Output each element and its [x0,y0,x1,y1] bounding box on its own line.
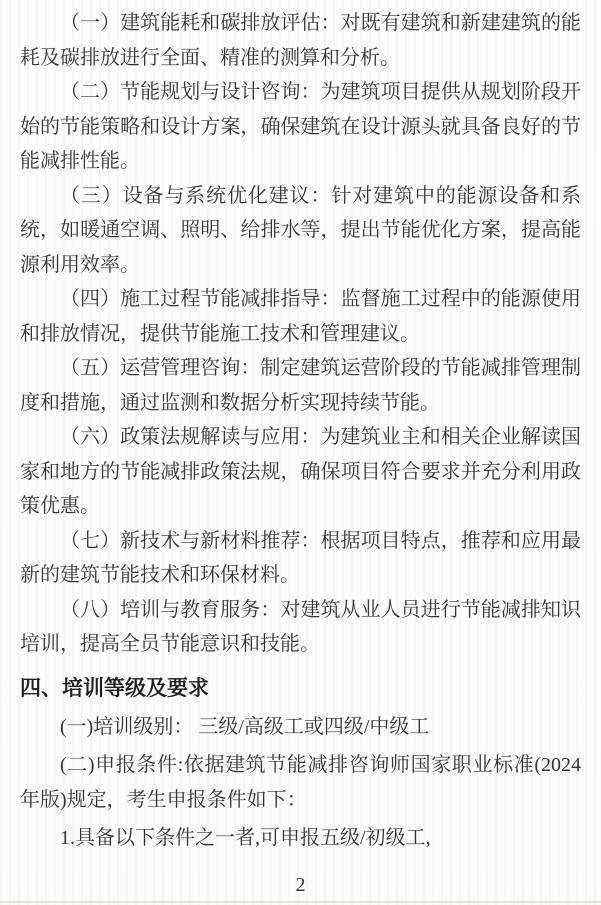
scan-bottom-edge-line [0,901,601,903]
service-item-6: （六）政策法规解读与应用：为建筑业主和相关企业解读国家和地方的节能减排政策法规，… [20,420,581,524]
service-item-7: （七）新技术与新材料推荐：根据项目特点，推荐和应用最新的建筑节能技术和环保材料。 [20,524,581,593]
page-footer: 2 [0,874,601,897]
training-level-item: (一)培训级别： 三级/高级工或四级/中级工 [20,710,581,745]
application-conditions-item: (二)申报条件:依据建筑节能减排咨询师国家职业标准(2024年版)规定，考生申报… [20,748,581,817]
document-body: （一）建筑能耗和碳排放评估：对既有建筑和新建建筑的能耗及碳排放进行全面、精准的测… [0,0,601,856]
page-number: 2 [296,874,306,896]
section-heading-training-levels: 四、培训等级及要求 [20,672,581,706]
service-item-2: （二）节能规划与设计咨询：为建筑项目提供从规划阶段开始的节能策略和设计方案，确保… [20,75,581,179]
condition-clause-1: 1.具备以下条件之一者,可申报五级/初级工, [20,821,581,856]
service-item-8: （八）培训与教育服务：对建筑从业人员进行节能减排知识培训，提高全员节能意识和技能… [20,593,581,662]
service-item-4: （四）施工过程节能减排指导：监督施工过程中的能源使用和排放情况，提供节能施工技术… [20,282,581,351]
service-item-1: （一）建筑能耗和碳排放评估：对既有建筑和新建建筑的能耗及碳排放进行全面、精准的测… [20,6,581,75]
service-item-5: （五）运营管理咨询：制定建筑运营阶段的节能减排管理制度和措施，通过监测和数据分析… [20,351,581,420]
service-item-3: （三）设备与系统优化建议：针对建筑中的能源设备和系统，如暖通空调、照明、给排水等… [20,179,581,283]
scanned-document-page: （一）建筑能耗和碳排放评估：对既有建筑和新建建筑的能耗及碳排放进行全面、精准的测… [0,0,601,905]
